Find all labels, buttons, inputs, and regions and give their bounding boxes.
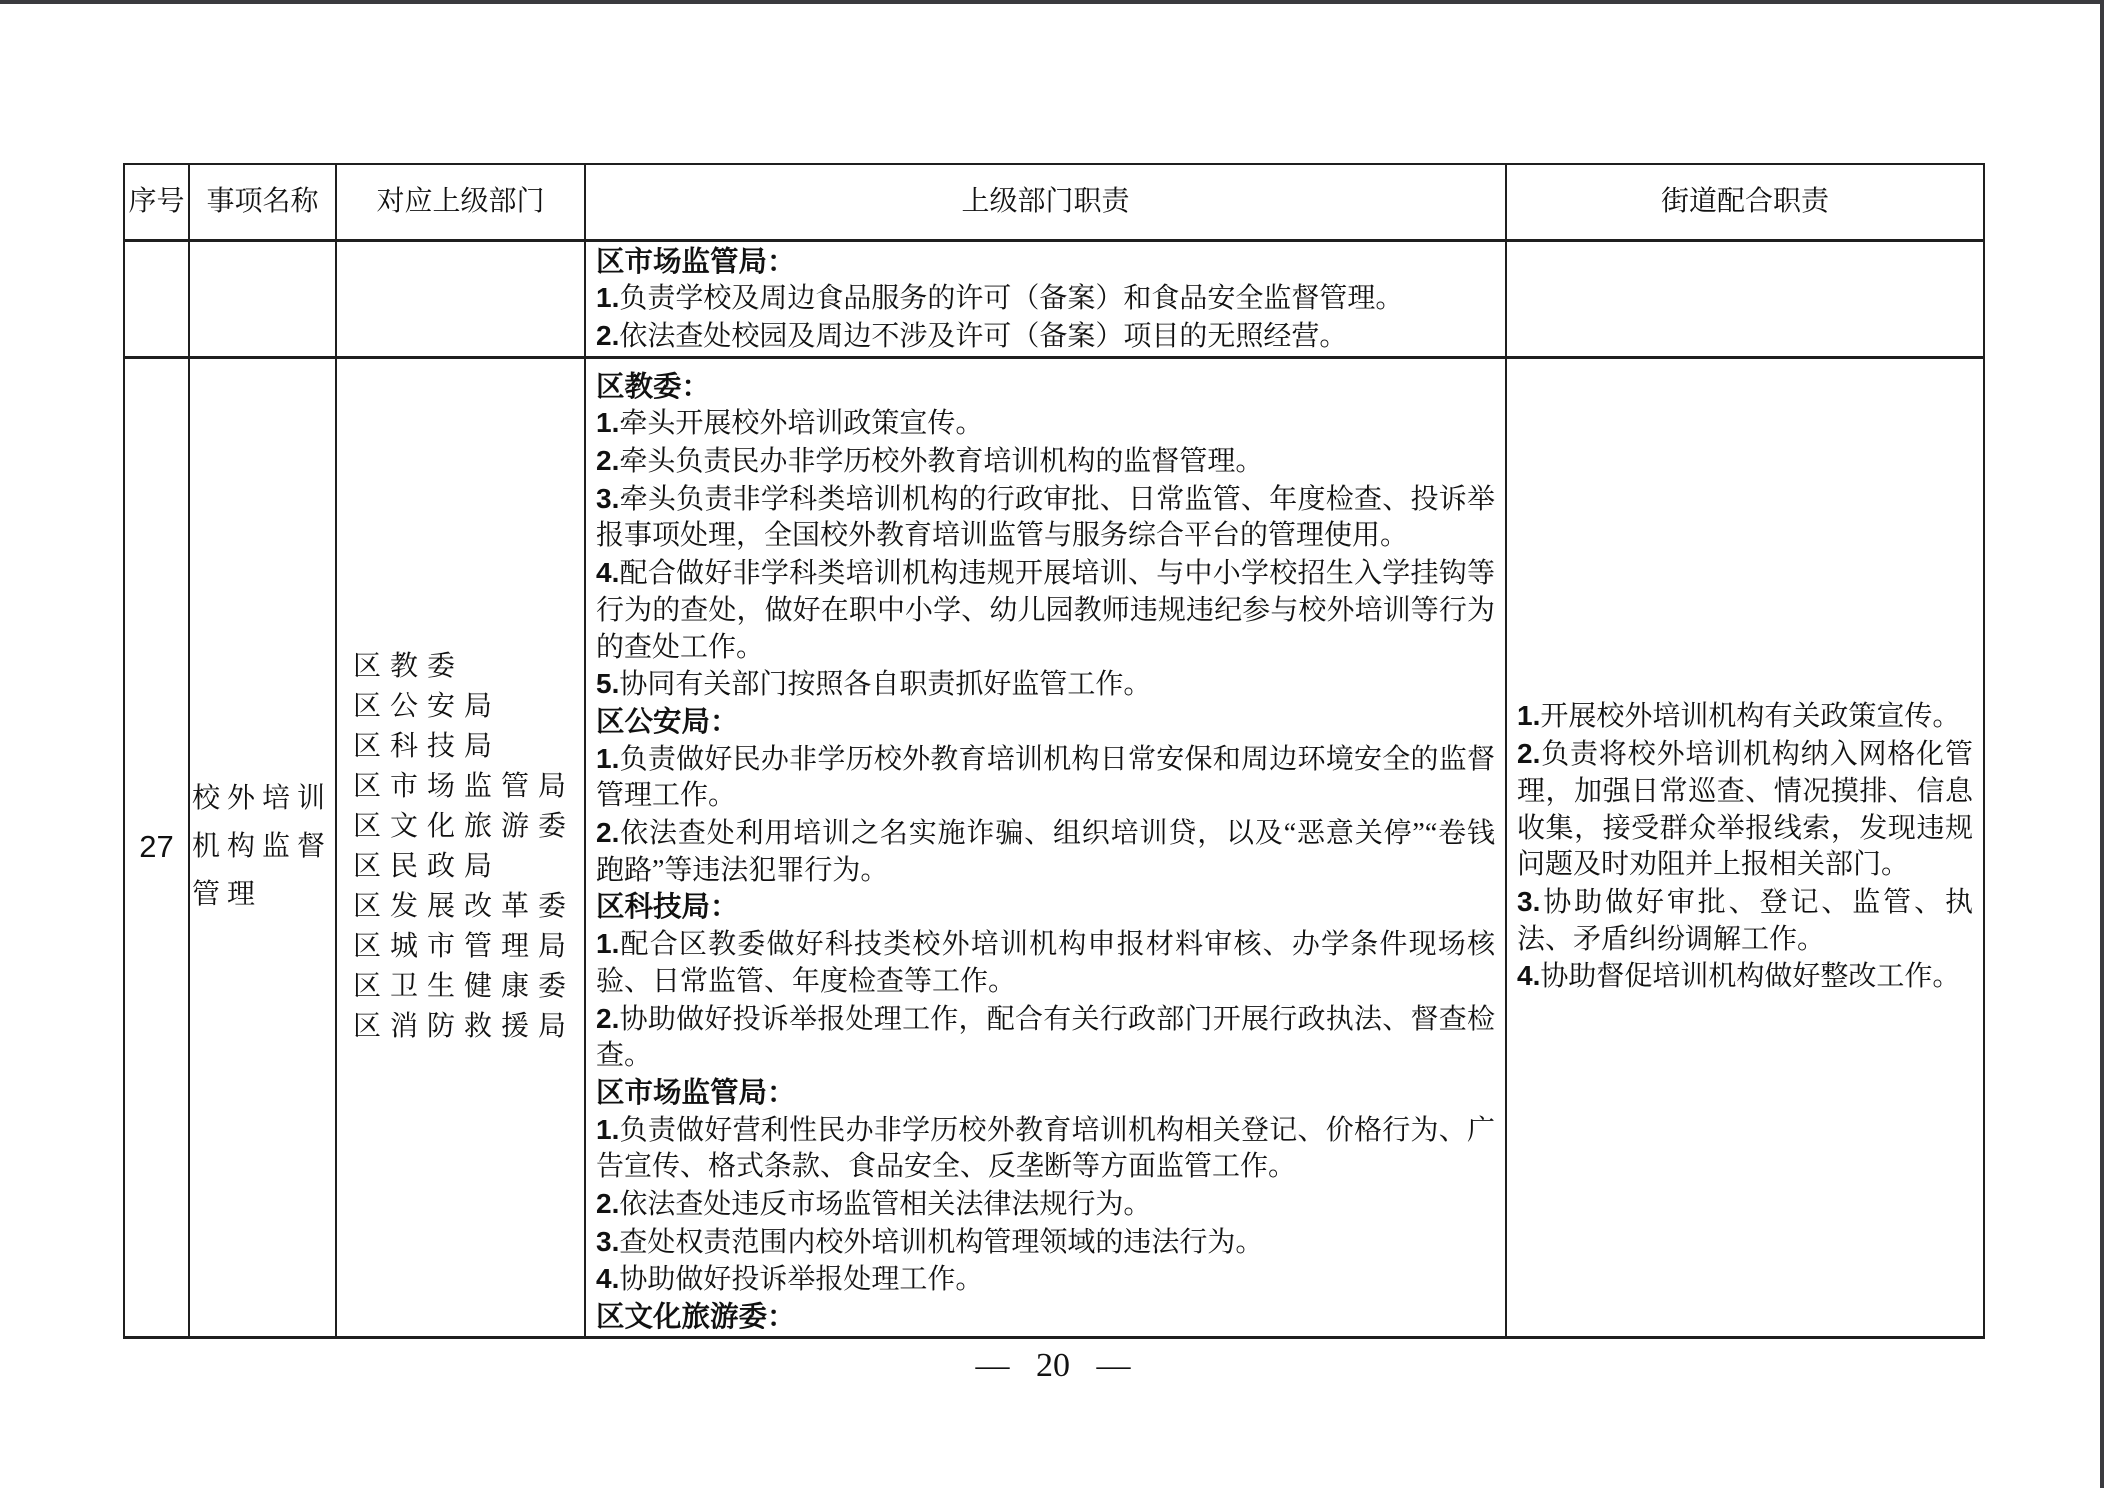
duty-item-number: 2. (596, 817, 619, 848)
duty-item: 3.牵头负责非学科类培训机构的行政审批、日常监管、年度检查、投诉举报事项处理，全… (596, 481, 1495, 555)
duty-item: 1.开展校外培训机构有关政策宣传。 (1517, 698, 1973, 736)
empty-street-duties-cell (1506, 240, 1984, 357)
duty-item: 1.负责做好营利性民办非学历校外教育培训机构相关登记、价格行为、广告宣传、格式条… (596, 1112, 1495, 1186)
duty-item-number: 1. (596, 282, 619, 313)
duty-item-number: 5. (596, 668, 619, 699)
header-street-duties: 街道配合职责 (1506, 164, 1984, 240)
duty-dept-heading: 区教委： (596, 369, 1495, 406)
duty-item: 4.配合做好非学科类培训机构违规开展培训、与中小学校招生入学挂钩等行为的查处，做… (596, 555, 1495, 666)
duty-item: 3.协助做好审批、登记、监管、执法、矛盾纠纷调解工作。 (1517, 884, 1973, 958)
duty-item: 2.协助做好投诉举报处理工作，配合有关行政部门开展行政执法、督查检查。 (596, 1001, 1495, 1075)
duty-item-number: 4. (1517, 960, 1540, 991)
duty-item-number: 3. (596, 1226, 619, 1257)
header-item-name: 事项名称 (189, 164, 336, 240)
serial-cell: 27 (124, 357, 189, 1337)
department-item: 区教委 (353, 647, 584, 687)
duty-item-number: 2. (596, 445, 619, 476)
duty-item: 2.负责将校外培训机构纳入网格化管理，加强日常巡查、情况摸排、信息收集，接受群众… (1517, 736, 1973, 884)
empty-item-name-cell (189, 240, 336, 357)
page-number: — 20 — (123, 1347, 1983, 1385)
duty-dept-heading: 区市场监管局： (596, 244, 1495, 281)
duty-dept-heading: 区公安局： (596, 704, 1495, 741)
duty-item-number: 4. (596, 1263, 619, 1294)
street-duties-cell: 1.开展校外培训机构有关政策宣传。2.负责将校外培训机构纳入网格化管理，加强日常… (1506, 357, 1984, 1337)
duty-item: 1.负责学校及周边食品服务的许可（备案）和食品安全监督管理。 (596, 280, 1495, 318)
item-name-cell: 校外培训机构监督管理 (189, 357, 336, 1337)
duty-item: 5.协同有关部门按照各自职责抓好监管工作。 (596, 666, 1495, 704)
scan-edge-top (0, 0, 2104, 4)
duty-item: 1.牵头开展校外培训政策宣传。 (596, 405, 1495, 443)
duty-item: 4.协助做好投诉举报处理工作。 (596, 1261, 1495, 1299)
duty-item-number: 1. (596, 743, 619, 774)
duty-item-number: 1. (596, 928, 619, 959)
empty-superior-dept-cell (336, 240, 585, 357)
department-item: 区发展改革委 (353, 887, 584, 927)
superior-dept-cell: 区教委区公安局区科技局区市场监管局区文化旅游委区民政局区发展改革委区城市管理局区… (336, 357, 585, 1337)
superior-duties-cell: 区教委：1.牵头开展校外培训政策宣传。2.牵头负责民办非学历校外教育培训机构的监… (585, 357, 1506, 1337)
duty-dept-heading: 区市场监管局： (596, 1075, 1495, 1112)
department-item: 区民政局 (353, 847, 584, 887)
duty-item: 2.依法查处违反市场监管相关法律法规行为。 (596, 1186, 1495, 1224)
department-item: 区消防救援局 (353, 1007, 584, 1047)
header-serial: 序号 (124, 164, 189, 240)
department-item: 区科技局 (353, 727, 584, 767)
table-header-row: 序号 事项名称 对应上级部门 上级部门职责 街道配合职责 (124, 164, 1984, 240)
duty-item: 2.依法查处校园及周边不涉及许可（备案）项目的无照经营。 (596, 318, 1495, 356)
duty-item-number: 2. (1517, 738, 1540, 769)
duty-item: 3.查处权责范围内校外培训机构管理领域的违法行为。 (596, 1224, 1495, 1262)
duty-dept-heading: 区文化旅游委： (596, 1299, 1495, 1336)
duty-item-number: 2. (596, 1003, 619, 1034)
duty-item-number: 1. (1517, 700, 1540, 731)
duty-item: 2.依法查处利用培训之名实施诈骗、组织培训贷，以及“恶意关停”“卷钱跑路”等违法… (596, 815, 1495, 889)
duty-item-number: 4. (596, 557, 619, 588)
duty-item: 1.配合区教委做好科技类校外培训机构申报材料审核、办学条件现场核验、日常监管、年… (596, 926, 1495, 1000)
duty-item: 4.协助督促培训机构做好整改工作。 (1517, 958, 1973, 996)
department-item: 区卫生健康委 (353, 967, 584, 1007)
duty-item: 1.负责做好民办非学历校外教育培训机构日常安保和周边环境安全的监督管理工作。 (596, 741, 1495, 815)
header-superior-duties: 上级部门职责 (585, 164, 1506, 240)
responsibility-table: 序号 事项名称 对应上级部门 上级部门职责 街道配合职责 区市场监管局：1.负责… (123, 163, 1985, 1339)
empty-serial-cell (124, 240, 189, 357)
department-item: 区文化旅游委 (353, 807, 584, 847)
duty-item-number: 1. (596, 1114, 619, 1145)
duty-item-number: 2. (596, 1188, 619, 1219)
table-row-27: 27 校外培训机构监督管理 区教委区公安局区科技局区市场监管局区文化旅游委区民政… (124, 357, 1984, 1337)
scan-edge-right (2100, 0, 2104, 1488)
superior-duties-cell-continued: 区市场监管局：1.负责学校及周边食品服务的许可（备案）和食品安全监督管理。2.依… (585, 240, 1506, 357)
duty-item-number: 3. (1517, 886, 1540, 917)
header-superior-dept: 对应上级部门 (336, 164, 585, 240)
department-item: 区公安局 (353, 687, 584, 727)
department-item: 区市场监管局 (353, 767, 584, 807)
department-item: 区城市管理局 (353, 927, 584, 967)
duty-item-number: 3. (596, 483, 619, 514)
table-row-continued: 区市场监管局：1.负责学校及周边食品服务的许可（备案）和食品安全监督管理。2.依… (124, 240, 1984, 357)
duty-dept-heading: 区科技局： (596, 889, 1495, 926)
duty-item-number: 1. (596, 407, 619, 438)
duty-item-number: 2. (596, 320, 619, 351)
duty-item: 2.牵头负责民办非学历校外教育培训机构的监督管理。 (596, 443, 1495, 481)
